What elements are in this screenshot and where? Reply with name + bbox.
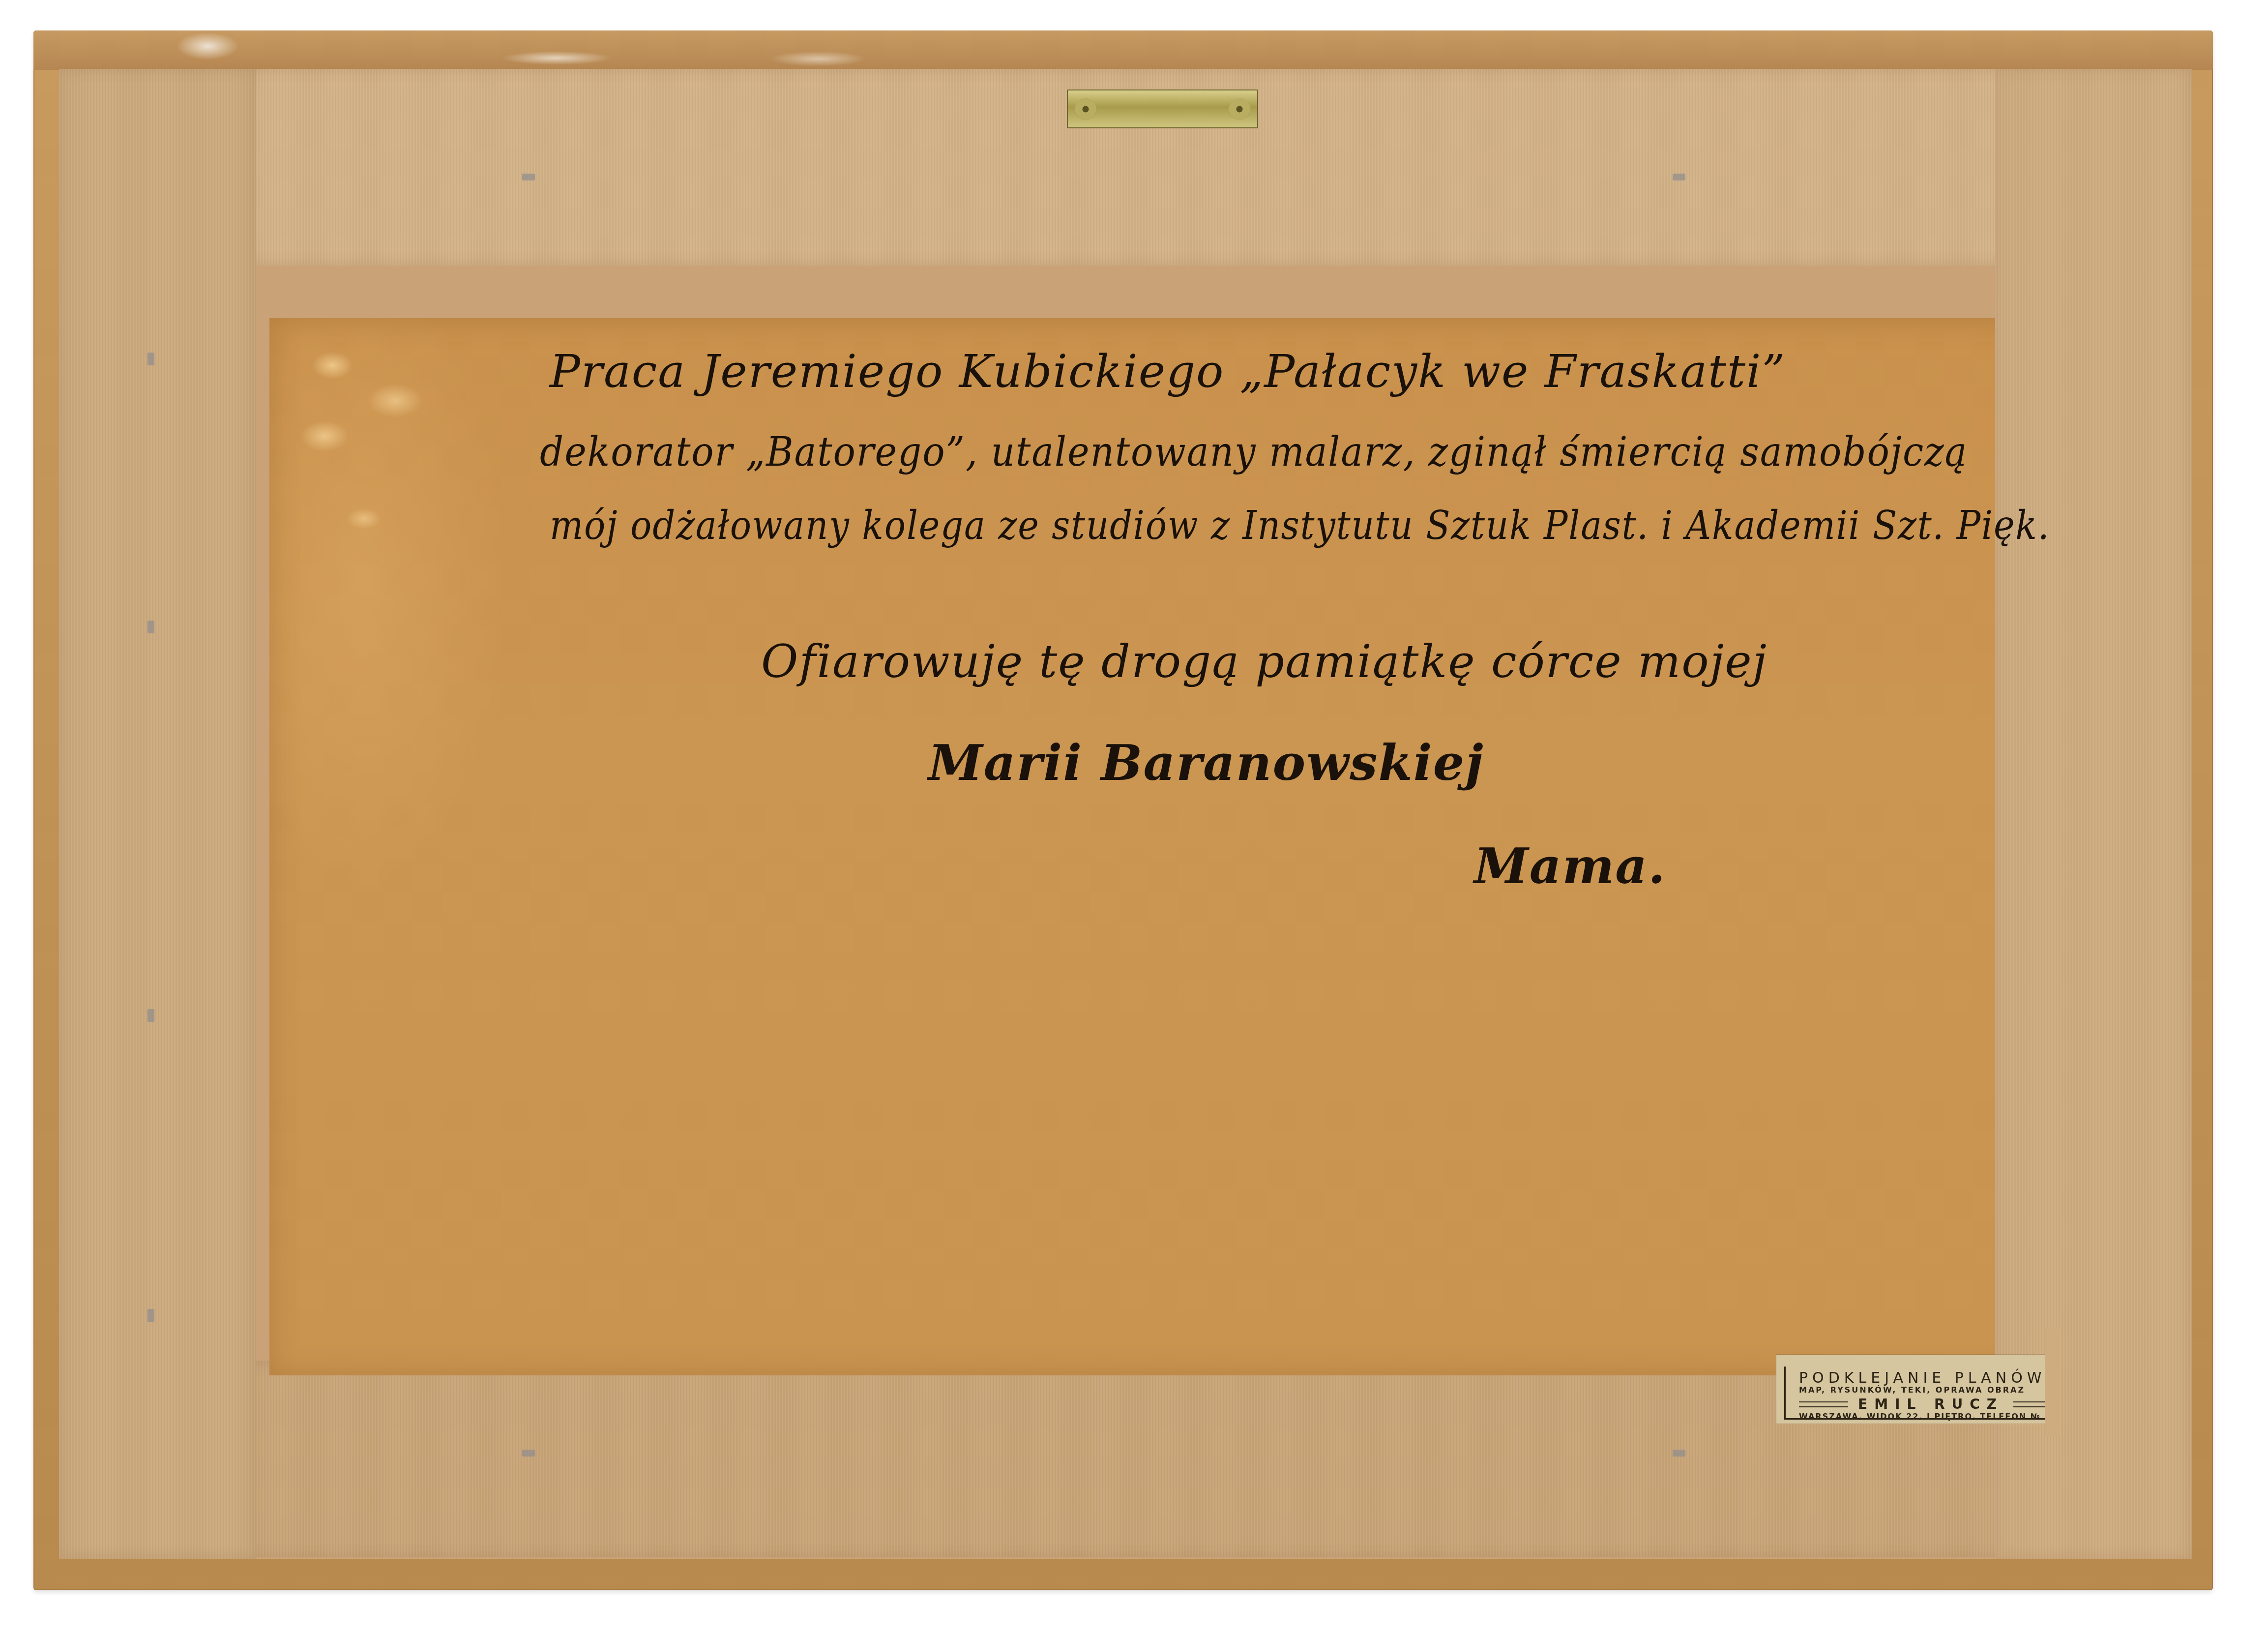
inscription-line-colleague: mój odżałowany kolega ze studiów z Insty… (550, 503, 2050, 548)
label-rule (1799, 1401, 1848, 1407)
tape-over-label (2045, 1328, 2060, 1436)
label-subtitle: MAP, RYSUNKÓW, TEKI, OPRAWA OBRAZ (1799, 1385, 2025, 1395)
label-title: PODKLEJANIE PLANÓW (1799, 1369, 2046, 1387)
inscription-signature: Mama. (1474, 837, 1666, 895)
label-name: EMIL RUCZ (1858, 1396, 2003, 1412)
label-address: WARSZAWA, WIDOK 22, I PIĘTRO, TELEFON № … (1799, 1412, 2052, 1421)
inscription-line-description: dekorator „Batorego”, utalentowany malar… (540, 429, 1968, 476)
label-name-row: EMIL RUCZ (1799, 1396, 2052, 1412)
inscription-line-recipient: Marii Baranowskiej (928, 734, 1484, 792)
framer-label: PODKLEJANIE PLANÓW MAP, RYSUNKÓW, TEKI, … (1776, 1355, 2052, 1424)
inscription-line-title: Praca Jeremiego Kubickiego „Pałacyk we F… (550, 345, 1786, 398)
inscription-line-dedication: Ofiarowuję tę drogą pamiątkę córce mojej (761, 635, 1767, 688)
